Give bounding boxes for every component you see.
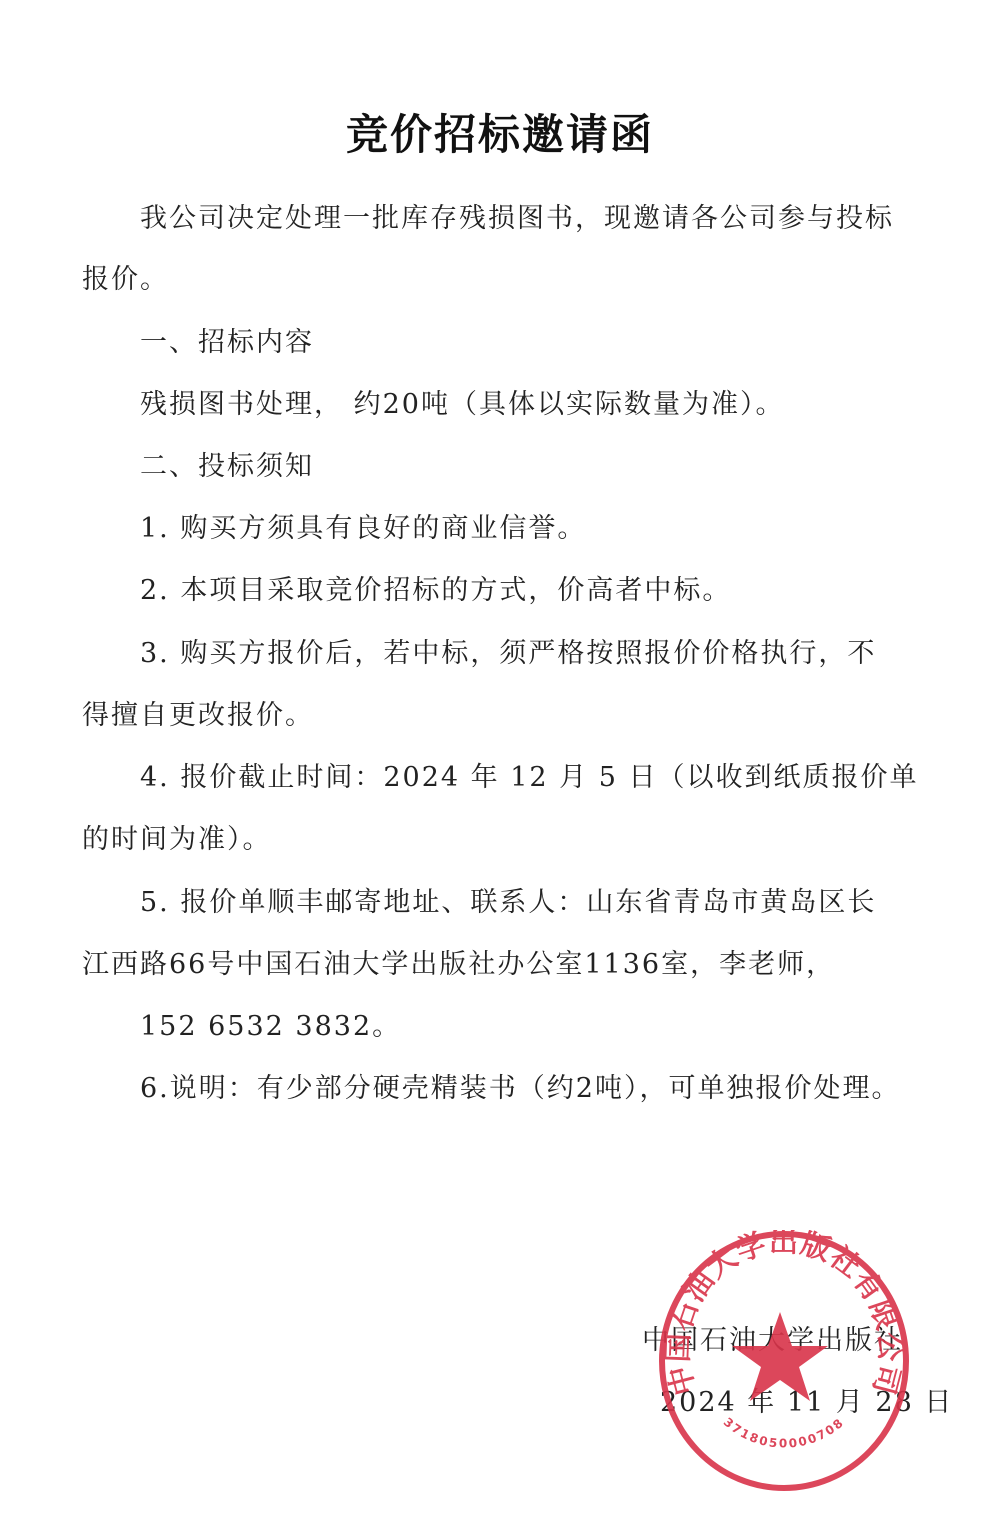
- notice-item-6: 6.说明：有少部分硬壳精装书（约2吨），可单独报价处理。: [140, 1066, 900, 1105]
- section-2-heading: 二、投标须知: [140, 444, 314, 483]
- intro-line-1: 我公司决定处理一批库存残损图书，现邀请各公司参与投标: [140, 196, 894, 235]
- notice-item-2: 2. 本项目采取竞价招标的方式，价高者中标。: [140, 568, 731, 607]
- notice-item-3-line-1: 3. 购买方报价后，若中标，须严格按照报价价格执行，不: [140, 631, 876, 670]
- notice-item-5-line-1: 5. 报价单顺丰邮寄地址、联系人：山东省青岛市黄岛区长: [140, 880, 876, 919]
- notice-item-5-phone: 152 6532 3832。: [140, 1004, 401, 1043]
- notice-item-5-line-2: 江西路66号中国石油大学出版社办公室1136室，李老师，: [82, 942, 835, 981]
- notice-item-4-line-1: 4. 报价截止时间：2024 年 12 月 5 日（以收到纸质报价单: [140, 755, 919, 794]
- svg-text:中国石油大学出版社有限公司: 中国石油大学出版社有限公司: [661, 1230, 908, 1399]
- seal-code-text: 3718050000708: [721, 1415, 847, 1451]
- notice-item-4-line-2: 的时间为准）。: [82, 817, 272, 856]
- seal-organization-text: 中国石油大学出版社有限公司: [661, 1230, 908, 1399]
- official-seal: 中国石油大学出版社有限公司 3718050000708: [658, 1230, 910, 1492]
- intro-line-2: 报价。: [82, 257, 169, 296]
- signature-date: 2024 年 11 月 28 日: [660, 1380, 953, 1419]
- seal-ring-icon: [662, 1234, 906, 1488]
- notice-item-1: 1. 购买方须具有良好的商业信誉。: [140, 506, 586, 545]
- section-1-content: 残损图书处理， 约20吨（具体以实际数量为准）。: [140, 382, 784, 421]
- section-1-heading: 一、招标内容: [140, 320, 314, 359]
- svg-text:3718050000708: 3718050000708: [721, 1415, 847, 1451]
- signature-organization: 中国石油大学出版社: [642, 1318, 903, 1357]
- document-title: 竞价招标邀请函: [0, 102, 1000, 162]
- notice-item-3-line-2: 得擅自更改报价。: [82, 693, 314, 732]
